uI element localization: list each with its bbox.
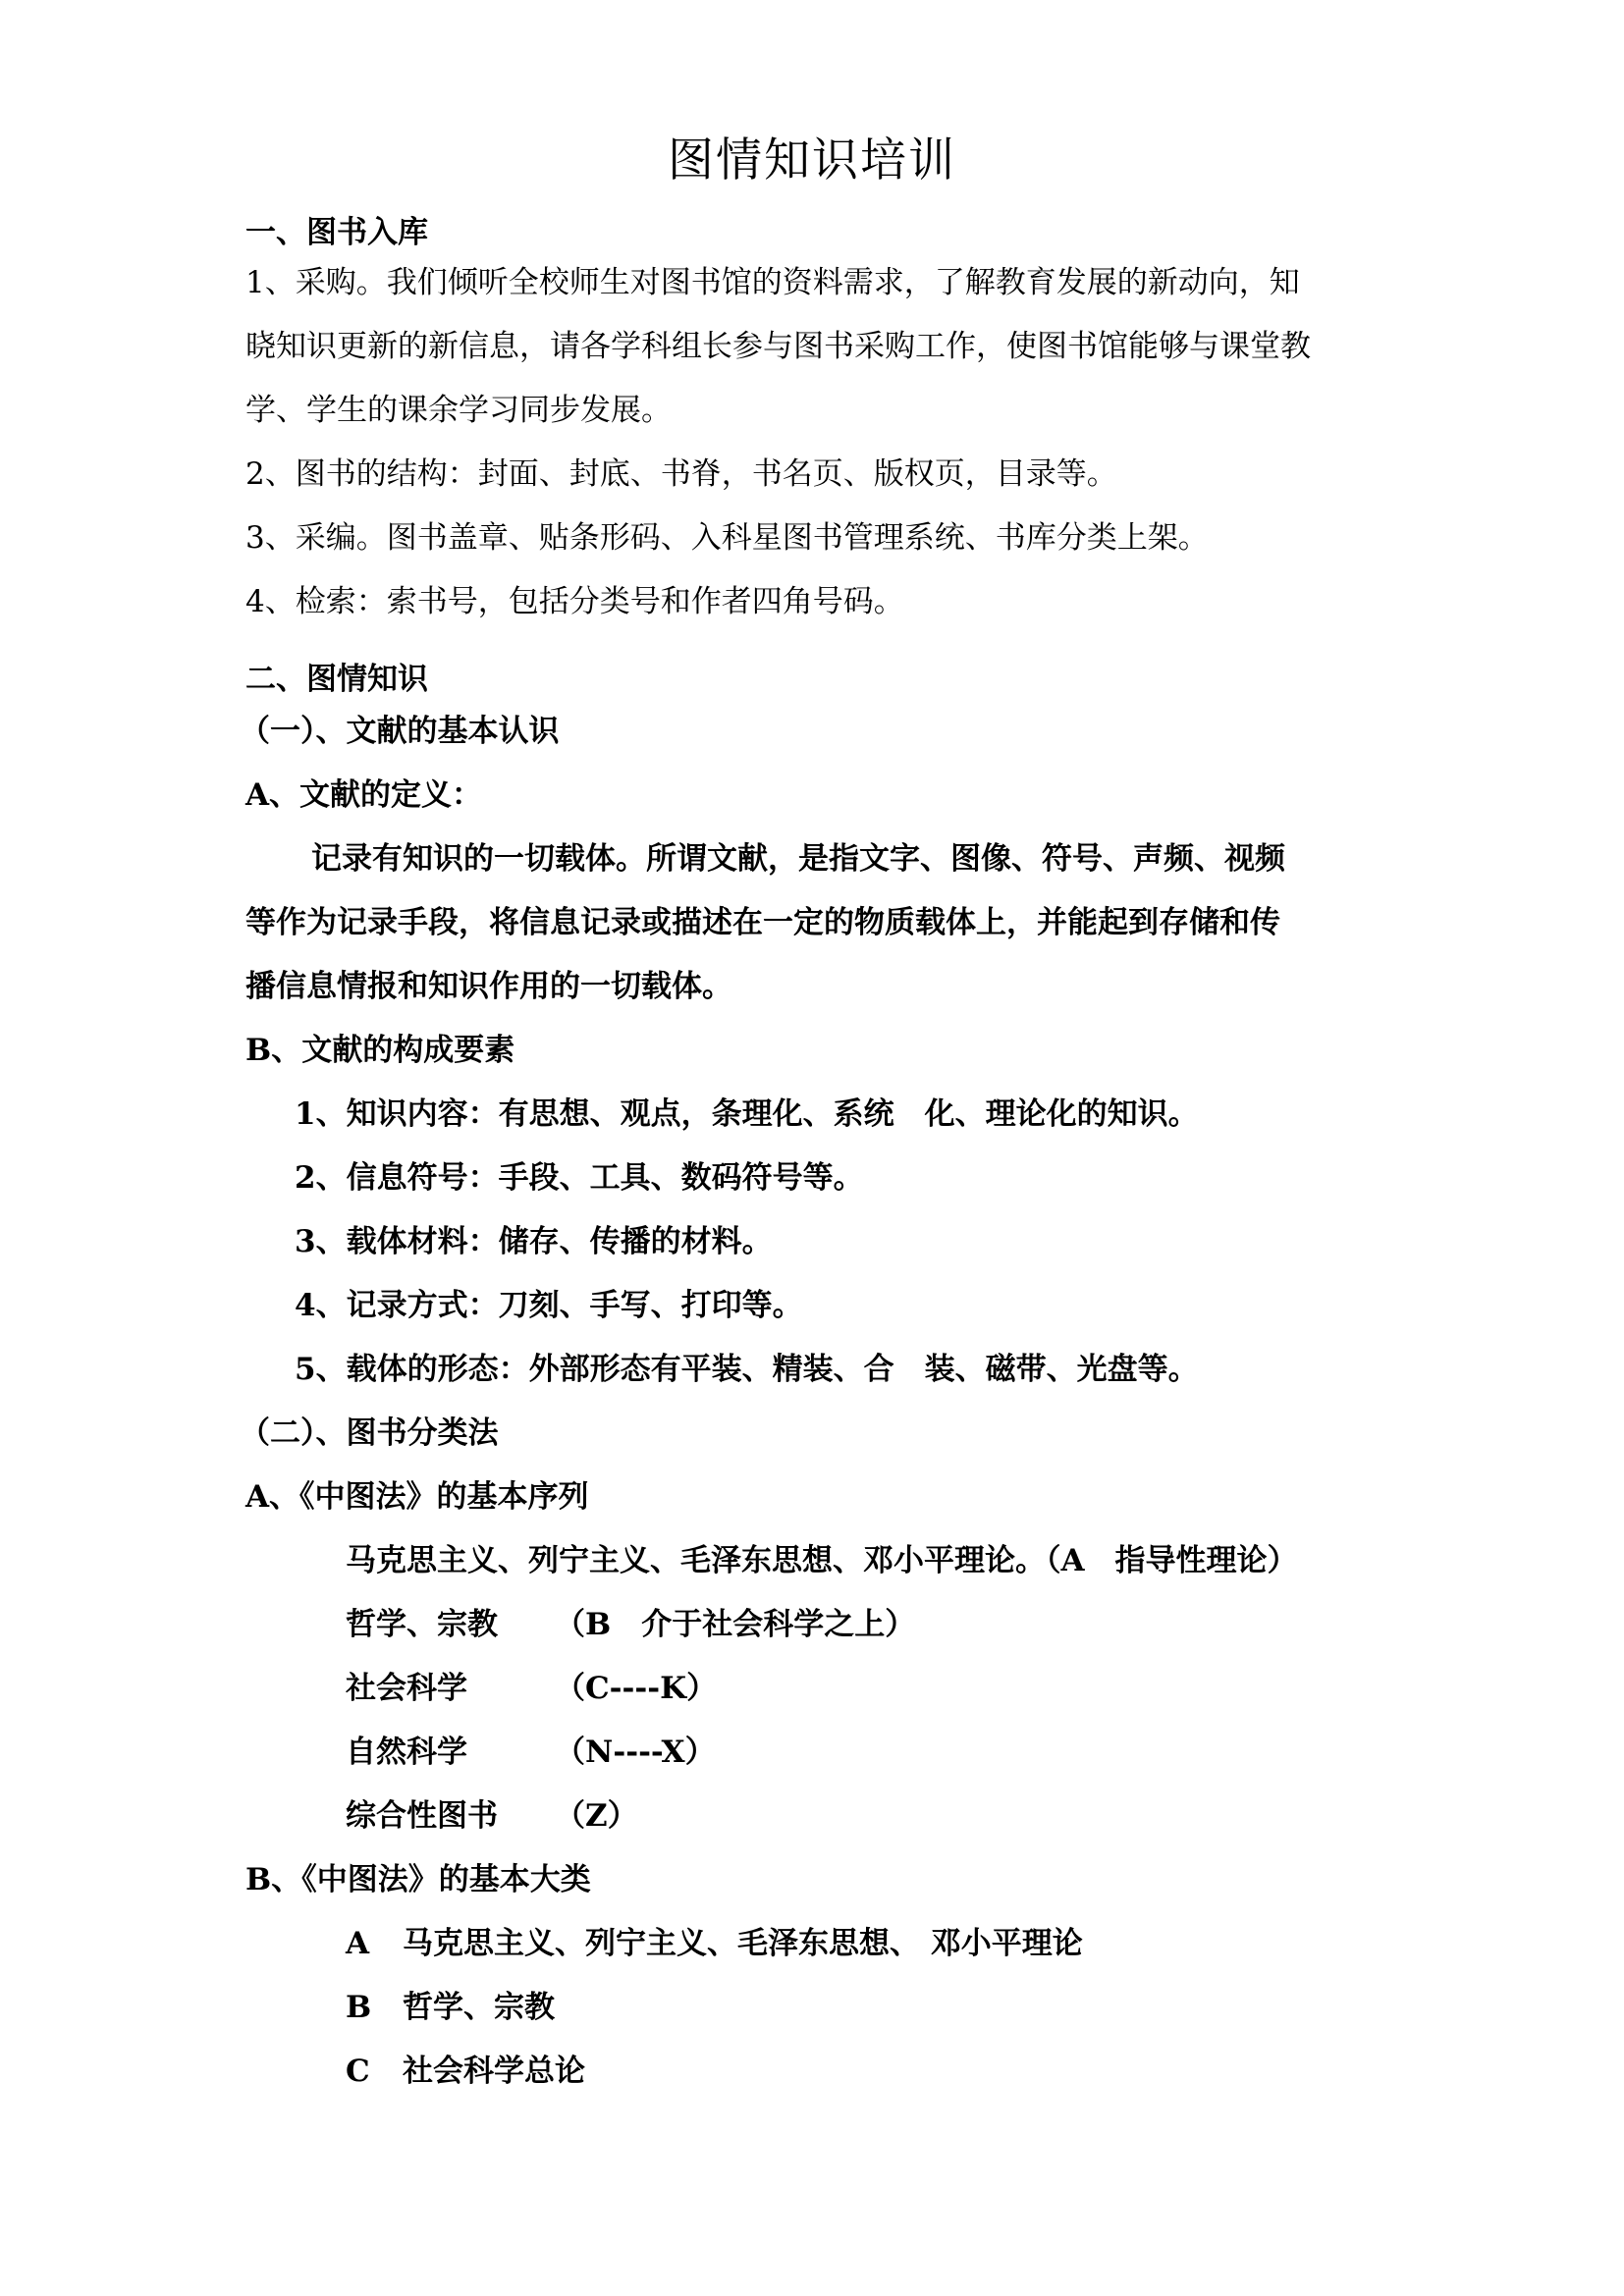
paragraph-line: 4、检索：索书号，包括分类号和作者四角号码。: [245, 582, 904, 621]
part-heading: B、文献的构成要素: [245, 1031, 514, 1070]
sequence-row: 马克思主义、列宁主义、毛泽东思想、邓小平理论。（A 指导性理论）: [346, 1541, 1298, 1580]
sequence-label: 综合性图书: [346, 1796, 555, 1836]
document-page: 图情知识培训 一、图书入库 1、采购。我们倾听全校师生对图书馆的资料需求，了解教…: [0, 0, 1624, 2296]
part-heading: B、《中图法》的基本大类: [245, 1860, 591, 1899]
sequence-label: 社会科学: [346, 1669, 555, 1708]
list-item: 1、知识内容：有思想、观点，条理化、系统 化、理论化的知识。: [295, 1095, 1199, 1134]
class-name: 社会科学总论: [403, 2054, 585, 2089]
class-letter: A: [346, 1924, 403, 1963]
sequence-note: （A 指导性理论）: [1046, 1543, 1298, 1578]
sequence-row: 哲学、宗教（B 介于社会科学之上）: [346, 1605, 915, 1644]
paragraph-line: 晓知识更新的新信息，请各学科组长参与图书采购工作，使图书馆能够与课堂教: [245, 327, 1311, 366]
class-letter: B: [346, 1988, 403, 2027]
sequence-note: （C----K）: [555, 1671, 717, 1706]
paragraph-line: 2、图书的结构：封面、封底、书脊，书名页、版权页，目录等。: [245, 454, 1117, 494]
sequence-row: 社会科学（C----K）: [346, 1669, 717, 1708]
sequence-label: 自然科学: [346, 1733, 555, 1772]
sequence-row: 综合性图书（Z）: [346, 1796, 638, 1836]
list-item: 4、记录方式：刀刻、手写、打印等。: [295, 1286, 803, 1325]
class-name: 马克思主义、列宁主义、毛泽东思想、 邓小平理论: [403, 1926, 1083, 1961]
paragraph-line: 等作为记录手段，将信息记录或描述在一定的物质载体上，并能起到存储和传: [245, 903, 1280, 942]
sequence-note: （N----X）: [555, 1735, 716, 1770]
list-item: 5、载体的形态：外部形态有平装、精装、合 装、磁带、光盘等。: [295, 1350, 1199, 1389]
class-row: A马克思主义、列宁主义、毛泽东思想、 邓小平理论: [346, 1924, 1083, 1963]
part-heading: A、文献的定义：: [245, 775, 482, 815]
subsection-heading: （一）、文献的基本认识: [240, 712, 560, 751]
paragraph-line: 1、采购。我们倾听全校师生对图书馆的资料需求，了解教育发展的新动向，知: [245, 263, 1300, 302]
paragraph-line: 记录有知识的一切载体。所谓文献，是指文字、图像、符号、声频、视频: [311, 839, 1285, 879]
class-name: 哲学、宗教: [403, 1990, 555, 2025]
part-heading: A、《中图法》的基本序列: [245, 1477, 589, 1517]
subsection-heading: （二）、图书分类法: [240, 1414, 499, 1453]
class-row: B哲学、宗教: [346, 1988, 555, 2027]
sequence-row: 自然科学（N----X）: [346, 1733, 716, 1772]
sequence-label: 马克思主义、列宁主义、毛泽东思想、邓小平理论。: [346, 1543, 1046, 1578]
sequence-note: （B 介于社会科学之上）: [555, 1607, 915, 1642]
sequence-note: （Z）: [555, 1798, 638, 1834]
class-letter: C: [346, 2052, 403, 2091]
class-row: C社会科学总论: [346, 2052, 585, 2091]
paragraph-line: 3、采编。图书盖章、贴条形码、入科星图书管理系统、书库分类上架。: [245, 518, 1209, 558]
paragraph-line: 播信息情报和知识作用的一切载体。: [245, 967, 732, 1006]
list-item: 2、信息符号：手段、工具、数码符号等。: [295, 1158, 864, 1198]
section-heading: 二、图情知识: [245, 660, 428, 699]
paragraph-line: 学、学生的课余学习同步发展。: [245, 391, 672, 430]
list-item: 3、载体材料：储存、传播的材料。: [295, 1222, 773, 1261]
document-title: 图情知识培训: [0, 124, 1624, 189]
sequence-label: 哲学、宗教: [346, 1605, 555, 1644]
section-heading: 一、图书入库: [245, 213, 428, 252]
